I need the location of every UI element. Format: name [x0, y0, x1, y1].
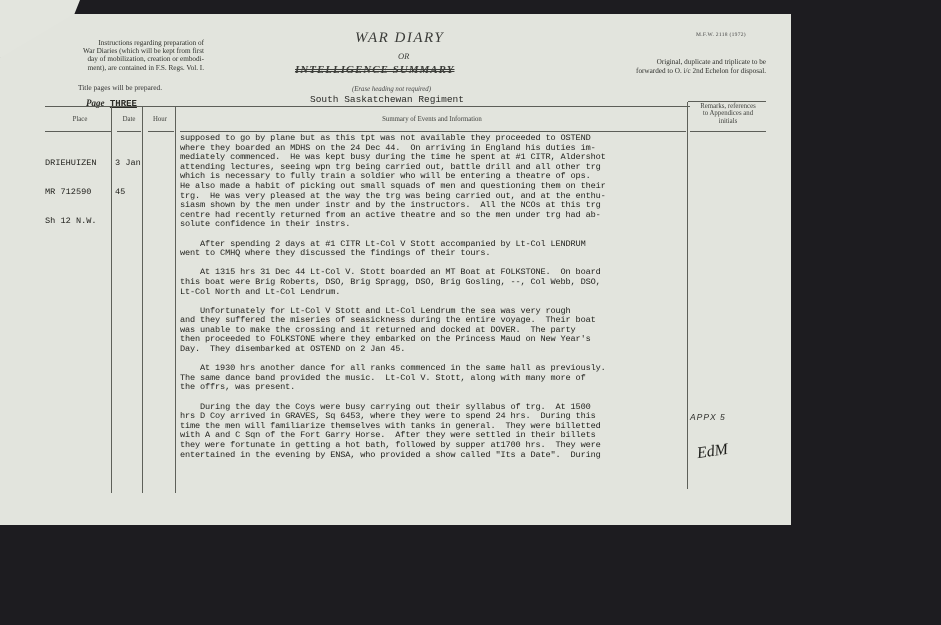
- remarks-header-line: Remarks, references: [688, 103, 768, 110]
- erase-note: (Erase heading not required): [352, 86, 431, 93]
- summary-paragraph: supposed to go by plane but as this tpt …: [180, 134, 606, 230]
- column-divider-date: [142, 107, 143, 493]
- column-header-remarks: Remarks, references to Appendices and in…: [688, 103, 768, 125]
- header-underline-date: [117, 131, 141, 132]
- column-divider-hour: [175, 107, 176, 493]
- place-line: DRIEHUIZEN: [45, 159, 97, 169]
- summary-line: Day. They disembarked at OSTEND on 2 Jan…: [180, 345, 606, 355]
- page-value: THREE: [110, 99, 137, 109]
- date-line: 3 Jan: [115, 159, 141, 169]
- summary-paragraph: At 1315 hrs 31 Dec 44 Lt-Col V. Stott bo…: [180, 268, 606, 297]
- summary-paragraph: After spending 2 days at #1 CITR Lt-Col …: [180, 240, 606, 259]
- forwarding-line: forwarded to O. i/c 2nd Echelon for disp…: [594, 67, 766, 76]
- summary-line: went to CMHQ where they discussed the fi…: [180, 249, 606, 259]
- header-underline-summary: [180, 131, 686, 132]
- appendix-reference: APPX 5: [690, 412, 726, 422]
- form-title-or: OR: [398, 51, 409, 61]
- summary-line: entertained in the evening by ENSA, who …: [180, 451, 606, 461]
- place-line: MR 712590: [45, 188, 97, 198]
- summary-line: Lt-Col North and Lt-Col Lendrum.: [180, 288, 606, 298]
- instructions-line: Instructions regarding preparation of: [44, 39, 204, 47]
- title-pages-note: Title pages will be prepared.: [78, 83, 162, 92]
- instructions-line: ment), are contained in F.S. Regs. Vol. …: [44, 64, 204, 72]
- column-divider-summary: [687, 102, 688, 489]
- remarks-header-line: initials: [688, 118, 768, 125]
- place-line: Sh 12 N.W.: [45, 217, 97, 227]
- summary-paragraph: During the day the Coys were busy carryi…: [180, 403, 606, 461]
- entry-date: 3 Jan 45: [115, 140, 141, 207]
- summary-paragraph: At 1930 hrs another dance for all ranks …: [180, 364, 606, 393]
- summary-paragraph: Unfortunately for Lt-Col V Stott and Lt-…: [180, 307, 606, 355]
- entry-summary: supposed to go by plane but as this tpt …: [180, 134, 606, 460]
- column-header-summary: Summary of Events and Information: [177, 116, 687, 123]
- instructions-line: War Diaries (which will be kept from fir…: [44, 47, 204, 55]
- header-underline-hour: [148, 131, 174, 132]
- forwarding-note: Original, duplicate and triplicate to be…: [594, 58, 766, 75]
- entry-place: DRIEHUIZEN MR 712590 Sh 12 N.W.: [45, 140, 97, 236]
- column-header-place: Place: [45, 116, 115, 123]
- instructions-note: Instructions regarding preparation of Wa…: [44, 39, 204, 72]
- column-header-hour: Hour: [144, 116, 176, 123]
- remarks-header-line: to Appendices and: [688, 110, 768, 117]
- summary-line: the offrs, was present.: [180, 383, 606, 393]
- summary-line: solute confidence in their instrs.: [180, 220, 606, 230]
- column-header-date: Date: [114, 116, 144, 123]
- instructions-line: day of mobilization, creation or embodi-: [44, 55, 204, 63]
- unit-name: South Saskatchewan Regiment: [310, 94, 464, 105]
- column-divider-place: [111, 107, 112, 493]
- header-underline-remarks: [690, 131, 766, 132]
- struck-title: INTELLIGENCE SUMMARY: [295, 64, 454, 76]
- header-underline-place: [45, 131, 111, 132]
- date-line: 45: [115, 188, 141, 198]
- forwarding-line: Original, duplicate and triplicate to be: [594, 58, 766, 67]
- remarks-top-rule: [688, 101, 766, 102]
- form-code: M.F.W. 2118 (1972): [696, 32, 746, 38]
- form-title: WAR DIARY: [355, 30, 444, 47]
